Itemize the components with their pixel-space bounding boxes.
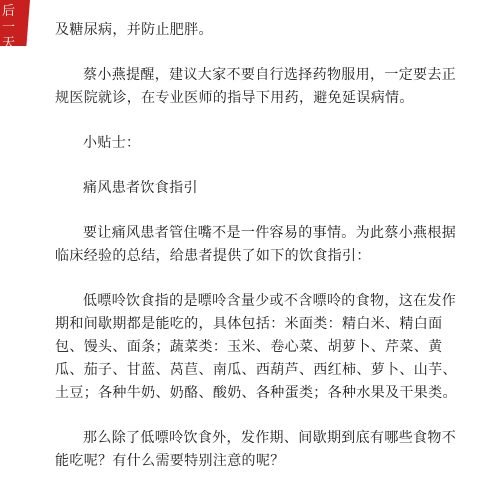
paragraph-low-purine-foods: 低嘌呤饮食指的是嘌呤含量少或不含嘌呤的食物，这在发作期和间歇期都是能吃的，具体包…: [55, 290, 465, 405]
article-body: 及糖尿病，并防止肥胖。 蔡小燕提醒，建议大家不要自行选择药物服用，一定要去正规医…: [55, 19, 465, 495]
paragraph-continuation: 及糖尿病，并防止肥胖。: [55, 19, 465, 42]
side-tab-char: 天: [2, 36, 30, 52]
paragraph-tips-heading: 小贴士：: [55, 132, 465, 155]
side-tab-char: 一: [2, 20, 30, 36]
paragraph-question: 那么除了低嘌呤饮食外，发作期、间歇期到底有哪些食物不能吃呢？有什么需要特别注意的…: [55, 427, 465, 473]
paragraph-intro: 要让痛风患者管住嘴不是一件容易的事情。为此蔡小燕根据临床经验的总结，给患者提供了…: [55, 222, 465, 268]
paragraph-reminder: 蔡小燕提醒，建议大家不要自行选择药物服用，一定要去正规医院就诊，在专业医师的指导…: [55, 64, 465, 110]
side-tab-label: 后 一 天: [0, 0, 30, 46]
paragraph-section-title: 痛风患者饮食指引: [55, 177, 465, 200]
side-tab-char: 后: [2, 4, 30, 20]
